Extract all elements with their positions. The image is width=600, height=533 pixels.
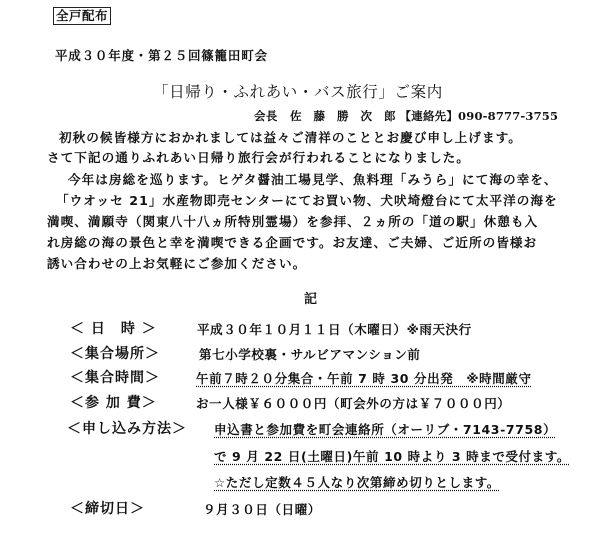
detail-value: 平成３０年１０月１１日（木曜日）※雨天決行 [197, 320, 472, 338]
contact-role: 会長 [254, 109, 277, 123]
distribution-stamp: 全戸配布 [53, 7, 111, 25]
detail-label: ＜集合時間＞ [70, 367, 160, 387]
detail-value: 午前７時２０分集合・午前 7 時 30 分出発 ※時間厳守 [196, 369, 532, 387]
paragraph-line: 誘い合わせの上お気軽にご参加ください。 [47, 253, 306, 272]
detail-label: ＜参 加 費＞ [70, 392, 157, 412]
paragraph-line: 初秋の候皆様方におかれましては益々ご清祥のこととお慶び申し上げます。 [59, 127, 522, 146]
paragraph-line: 今年は房総を巡ります。ヒゲタ醤油工場見学、魚料理「みうら」にて海の幸を、 [68, 169, 558, 188]
detail-value: お一人様￥６０００円（町会外の方は￥７０００円） [196, 394, 510, 412]
detail-value: 第七小学校裏・サルビアマンション前 [199, 345, 421, 363]
detail-value-line: で 9 月 22 日(土曜日)午前 10 時より 3 時まで受付ます。 [214, 447, 570, 465]
detail-label: ＜締切日＞ [70, 498, 145, 518]
detail-label: ＜申し込み方法＞ [67, 418, 187, 438]
paragraph-line: れ房総の海の景色と幸を満喫できる企画です。お友達、ご夫婦、ご近所の皆様お [47, 232, 537, 251]
contact-label: 【連絡先】 [400, 109, 459, 123]
document-title: 「日帰り・ふれあい・バス旅行」ご案内 [153, 80, 443, 102]
paragraph-line: 「ウオッセ 21」水産物即売センターにてお買い物、犬吠埼燈台にて太平洋の海を [56, 190, 558, 209]
detail-label: ＜ 日 時 ＞ [70, 318, 157, 338]
detail-value-line: 申込書と参加費を町会連絡所（オーリブ・7143-7758） [214, 420, 556, 438]
organization-name: 平成３０年度・第２５回篠籠田町会 [55, 46, 268, 64]
contact-name: 佐 藤 勝 次 郎 [290, 109, 400, 123]
details-heading: 記 [304, 288, 317, 307]
detail-value-line: ☆ただし定数４５人なり次第締め切りとします。 [214, 473, 500, 491]
contact-phone: 090-8777-3755 [458, 109, 558, 123]
detail-label: ＜集合場所＞ [70, 343, 160, 363]
paragraph-line: 満喫、満願寺（関東八十八ヵ所特別霊場）を参拝、２ヵ所の「道の駅」休憩も入 [47, 211, 538, 230]
contact-line: 会長 佐 藤 勝 次 郎【連絡先】090-8777-3755 [254, 108, 558, 124]
paragraph-line: さて下記の通りふれあい日帰り旅行会が行われることになりました。 [47, 147, 470, 166]
detail-value: ９月３０日（日曜） [203, 500, 321, 518]
